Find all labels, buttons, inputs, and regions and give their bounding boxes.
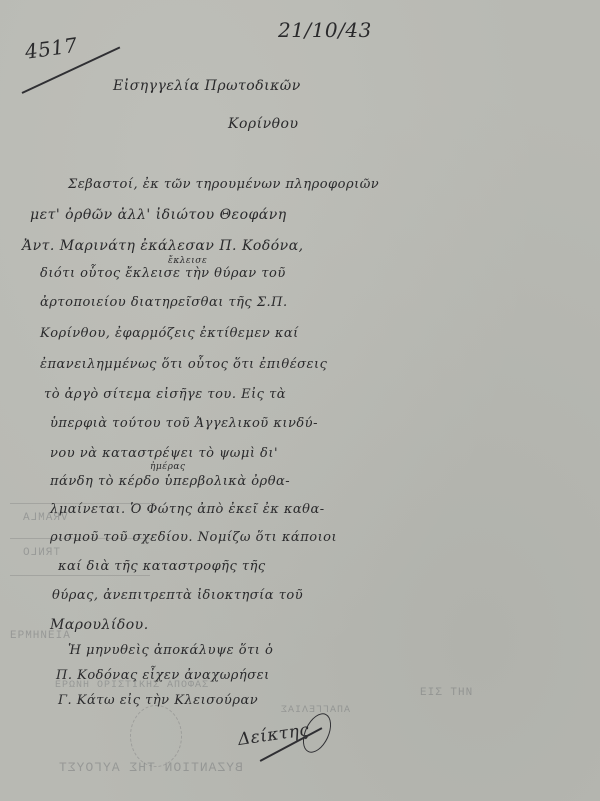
addressee-line-2: Κορίνθου (228, 116, 299, 132)
body-line: ρισμοῦ τοῦ σχεδίου. Νομίζω ὅτι κάποιοι (50, 530, 337, 545)
body-line: ἀρτοποιείου διατηρεῖσθαι τῆς Σ.Π. (40, 295, 288, 310)
addressee-line-1: Εἰσηγγελία Πρωτοδικῶν (113, 78, 301, 94)
bleed-through-text: TRNLO (22, 547, 60, 559)
body-line: διότι οὗτος ἔκλεισε τὴν θύραν τοῦ (40, 266, 286, 281)
body-insertion: ἔκλεισε (168, 256, 207, 266)
body-line: πάνδη τὸ κέρδο ὑπερβολικὰ ὀρθα- (50, 474, 290, 489)
body-line: ἐπανειλημμένως ὅτι οὗτος ὅτι ἐπιθέσεις (40, 357, 327, 372)
reference-number: 4517 (23, 33, 79, 64)
ghost-rule (10, 575, 150, 576)
body-insertion: ἠμέρας (150, 462, 185, 472)
body-line: τὸ ἀργὸ σίτεμα εἰσῆγε του. Εἰς τὰ (44, 387, 286, 402)
signature: Δείκτης (237, 720, 311, 750)
body-line: Ἀντ. Μαρινάτη ἐκάλεσαν Π. Κοδόνα, (22, 238, 304, 254)
signature-loop (297, 709, 337, 757)
body-line: νου νὰ καταστρέψει τὸ ψωμὶ δι' (50, 446, 278, 461)
body-line: καί διὰ τῆς καταστροφῆς τῆς (58, 559, 266, 574)
body-line: Κορίνθου, ἐφαρμόζεις ἐκτίθεμεν καί (40, 326, 299, 341)
body-line: μετ' ὀρθῶν ἀλλ' ἰδιώτου Θεοφάνη (30, 207, 287, 223)
scanned-letter-page: VRAMLA TRNLO ΕΡΜΗΝΕΙΑ ΕΡΩΝΗ ΟΡΙΣΤΙΚΗΣ ΑΠ… (0, 0, 600, 801)
bleed-through-text: ΑΠΑΓΓΕΛΙΑΣ (280, 705, 350, 716)
body-line: Μαρουλίδου. (50, 617, 149, 633)
body-line: Ἡ μηνυθεὶς ἀποκάλυψε ὅτι ὁ (68, 643, 273, 658)
bleed-through-seal (130, 705, 182, 767)
body-line: Π. Κοδόνας εἶχεν ἀναχωρήσει (56, 668, 270, 683)
body-line: Σεβαστοί, ἐκ τῶν τηρουμένων πληροφοριῶν (68, 177, 379, 192)
body-line: θύρας, ἀνεπιτρεπτὰ ἰδιοκτησία τοῦ (52, 588, 303, 603)
letter-date: 21/10/43 (278, 18, 372, 42)
bleed-through-text: ΕΙΣ ΤΗΝ (420, 687, 473, 699)
body-line: ὑπερφιὰ τούτου τοῦ Ἀγγελικοῦ κινδύ- (50, 416, 318, 431)
body-line: λμαίνεται. Ὁ Φώτης ἀπὸ ἐκεῖ ἐκ καθα- (50, 502, 325, 517)
body-line: Γ. Κάτω εἰς τὴν Κλεισούραν (58, 693, 258, 708)
